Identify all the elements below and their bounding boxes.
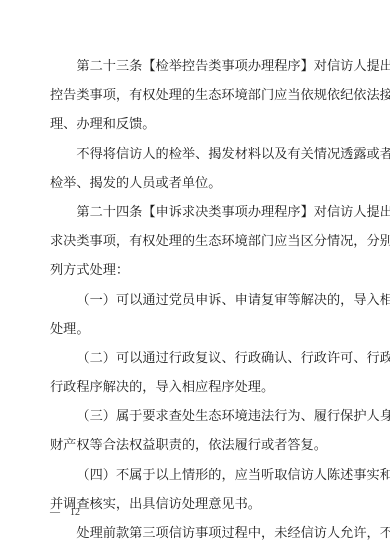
text-line: 财产权等合法权益职责的，依法履行或者答复。 bbox=[50, 431, 341, 460]
text-line: （四）不属于以上情形的，应当听取信访人陈述事实和理由， bbox=[50, 461, 341, 490]
document-page: 第二十三条【检举控告类事项办理程序】对信访人提出的检举控告类事项，有权处理的生态… bbox=[0, 0, 390, 551]
text-line: 检举、揭发的人员或者单位。 bbox=[50, 169, 341, 198]
text-line: 求决类事项，有权处理的生态环境部门应当区分情况，分别按照下 bbox=[50, 227, 341, 256]
text-line: 列方式处理： bbox=[50, 256, 341, 285]
text-line: 理、办理和反馈。 bbox=[50, 110, 341, 139]
text-line: 行政程序解决的，导入相应程序处理。 bbox=[50, 373, 341, 402]
text-line: （三）属于要求查处生态环境违法行为、履行保护人身权或者 bbox=[50, 402, 341, 431]
page-number-dash: — bbox=[50, 507, 60, 518]
page-number: —12 bbox=[50, 507, 80, 518]
text-line: （一）可以通过党员申诉、申请复审等解决的，导入相应程序 bbox=[50, 286, 341, 315]
text-line: 并调查核实，出具信访处理意见书。 bbox=[50, 490, 341, 519]
text-line: 不得将信访人的检举、揭发材料以及有关情况透露或者转给被 bbox=[50, 140, 341, 169]
text-line: （二）可以通过行政复议、行政确认、行政许可、行政处罚等 bbox=[50, 344, 341, 373]
text-line: 第二十四条【申诉求决类事项办理程序】对信访人提出的申诉 bbox=[50, 198, 341, 227]
text-line: 控告类事项，有权处理的生态环境部门应当依规依纪依法接收、受 bbox=[50, 81, 341, 110]
document-body: 第二十三条【检举控告类事项办理程序】对信访人提出的检举控告类事项，有权处理的生态… bbox=[50, 52, 341, 548]
text-line: 第二十三条【检举控告类事项办理程序】对信访人提出的检举 bbox=[50, 52, 341, 81]
text-line: 处理前款第三项信访事项过程中，未经信访人允许，不得将信 bbox=[50, 519, 341, 548]
page-number-value: 12 bbox=[70, 507, 80, 518]
text-line: 处理。 bbox=[50, 315, 341, 344]
